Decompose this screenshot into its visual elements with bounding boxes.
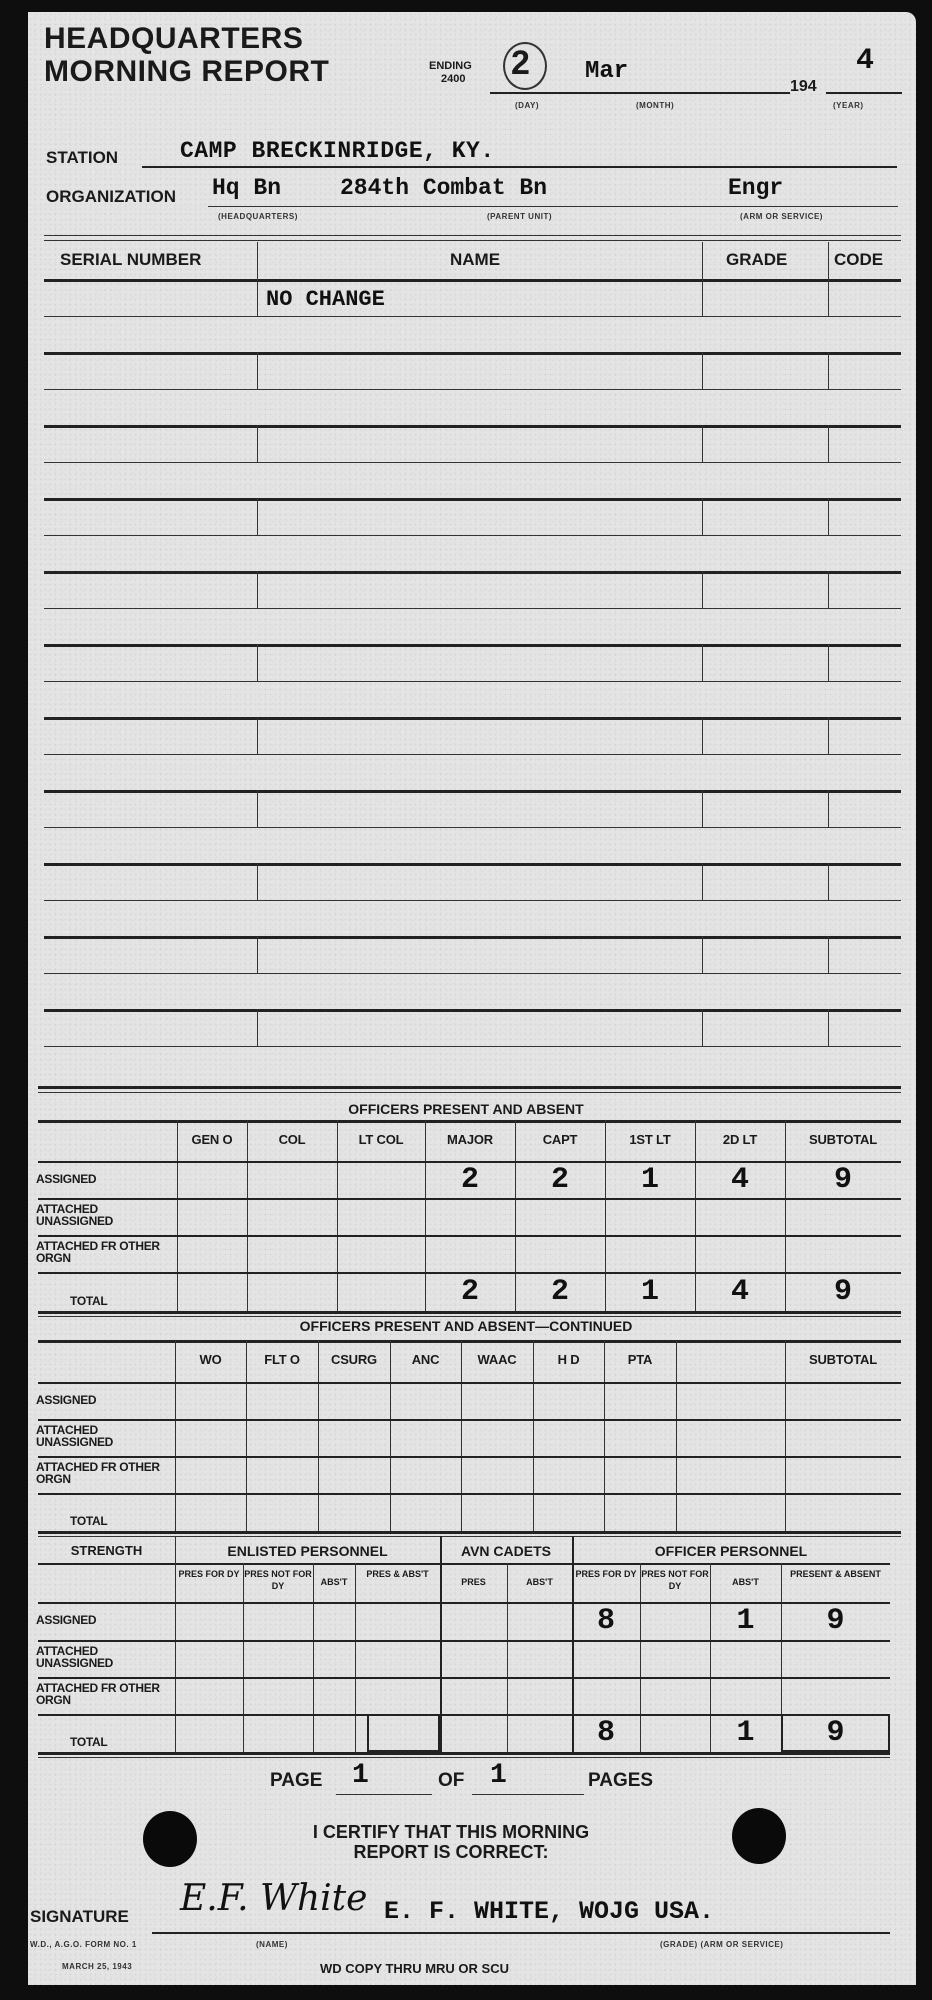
- cell-value: 4: [695, 1163, 785, 1197]
- col-divider: [257, 242, 258, 279]
- cell-value: 2: [425, 1163, 515, 1197]
- table-line: [38, 1752, 890, 1755]
- row-label: ATTACHED FR OTHER ORGN: [36, 1461, 173, 1485]
- cell-value: 1: [710, 1716, 781, 1750]
- col-divider: [828, 717, 829, 754]
- certification-line2: REPORT IS CORRECT:: [0, 1842, 902, 1862]
- roster-row-line: [44, 827, 901, 828]
- col-header: WO: [175, 1352, 246, 1367]
- col-header: PTA: [604, 1352, 676, 1367]
- sub-header: PRES FOR DY: [572, 1568, 640, 1580]
- col-divider: [257, 644, 258, 681]
- col-code: CODE: [834, 250, 883, 270]
- roster-row-line: [44, 717, 901, 720]
- page-label: PAGE: [270, 1770, 322, 1792]
- pages-label: PAGES: [588, 1770, 653, 1792]
- roster-row-line: [44, 644, 901, 647]
- cell-value: 4: [695, 1275, 785, 1309]
- cell-value: 9: [785, 1275, 901, 1309]
- col-divider: [257, 790, 258, 827]
- roster-row-line: [44, 425, 901, 428]
- col-header: WAAC: [461, 1352, 533, 1367]
- table-line: [38, 1757, 890, 1758]
- col-divider: [257, 1009, 258, 1046]
- group-header: ENLISTED PERSONNEL: [175, 1543, 440, 1559]
- cell-value: 1: [605, 1163, 695, 1197]
- table-line: [38, 1316, 901, 1317]
- col-header: CSURG: [318, 1352, 390, 1367]
- col-header: COL: [247, 1132, 337, 1147]
- total-box: [367, 1714, 440, 1752]
- col-divider: [257, 863, 258, 900]
- name-caption: (NAME): [256, 1940, 288, 1949]
- cell-value: 9: [781, 1716, 890, 1750]
- table-line: [38, 1640, 890, 1642]
- organization-parent-unit: 284th Combat Bn: [340, 175, 547, 201]
- col-divider: [702, 425, 703, 462]
- row-label: TOTAL: [70, 1295, 107, 1307]
- copy-note: WD COPY THRU MRU OR SCU: [320, 1961, 509, 1976]
- col-divider: [702, 498, 703, 535]
- headquarters-caption: (HEADQUARTERS): [218, 212, 298, 221]
- signature-label: SIGNATURE: [30, 1907, 129, 1927]
- table-line: [38, 1677, 890, 1679]
- col-divider: [828, 425, 829, 462]
- roster-row-line: [44, 790, 901, 793]
- col-divider: [390, 1340, 391, 1531]
- roster-row-line: [44, 608, 901, 609]
- grade-caption: (GRADE) (ARM OR SERVICE): [660, 1940, 783, 1949]
- col-divider: [828, 936, 829, 973]
- year-value: 4: [856, 44, 874, 78]
- table-line: [38, 1235, 901, 1237]
- of-label: OF: [438, 1770, 464, 1792]
- col-divider: [785, 1340, 786, 1531]
- organization-arm: Engr: [728, 175, 783, 201]
- col-divider: [355, 1563, 356, 1752]
- col-header: ANC: [390, 1352, 461, 1367]
- divider: [44, 235, 901, 236]
- sub-header: ABS'T: [507, 1576, 572, 1588]
- row-label: ATTACHED UNASSIGNED: [36, 1203, 175, 1227]
- sub-header: ABS'T: [710, 1576, 781, 1588]
- form-title-line2: MORNING REPORT: [44, 55, 329, 88]
- col-divider: [702, 352, 703, 389]
- col-divider: [702, 936, 703, 973]
- roster-row-line: [44, 316, 901, 317]
- organization-label: ORGANIZATION: [46, 187, 176, 207]
- col-divider: [440, 1536, 442, 1752]
- col-divider: [257, 498, 258, 535]
- col-divider: [828, 242, 829, 279]
- ending-text: ENDING: [429, 60, 472, 73]
- row-label: TOTAL: [70, 1515, 107, 1527]
- col-divider: [702, 863, 703, 900]
- ending-label: ENDING 2400: [429, 60, 472, 86]
- page-line: [336, 1794, 432, 1795]
- roster-row-line: [44, 462, 901, 463]
- col-divider: [828, 863, 829, 900]
- roster-entry-name: NO CHANGE: [266, 287, 385, 312]
- page-total: 1: [490, 1760, 507, 1791]
- sub-header: ABS'T: [313, 1576, 355, 1588]
- officers_table-title: OFFICERS PRESENT AND ABSENT: [0, 1101, 932, 1117]
- col-divider: [257, 571, 258, 608]
- col-divider: [828, 644, 829, 681]
- station-value: CAMP BRECKINRIDGE, KY.: [180, 138, 495, 164]
- col-divider: [702, 571, 703, 608]
- handwritten-signature: E.F. White: [180, 1878, 367, 1919]
- col-divider: [247, 1120, 248, 1311]
- month-value: Mar: [585, 58, 628, 85]
- roster-row-line: [44, 535, 901, 536]
- roster-row-line: [44, 1046, 901, 1047]
- col-header: SUBTOTAL: [785, 1352, 901, 1367]
- col-divider: [828, 1009, 829, 1046]
- cell-value: 2: [425, 1275, 515, 1309]
- col-name: NAME: [450, 250, 500, 270]
- table-line: [38, 1382, 901, 1384]
- group-header: OFFICER PERSONNEL: [572, 1543, 890, 1559]
- col-divider: [828, 790, 829, 827]
- cell-value: 1: [605, 1275, 695, 1309]
- form-number: W.D., A.G.O. FORM NO. 1: [30, 1940, 137, 1949]
- cell-value: 2: [515, 1163, 605, 1197]
- form-date: MARCH 25, 1943: [62, 1962, 132, 1971]
- row-label: TOTAL: [70, 1736, 107, 1748]
- col-divider: [257, 425, 258, 462]
- day-value: 2: [511, 44, 530, 83]
- parent-unit-caption: (PARENT UNIT): [487, 212, 552, 221]
- col-divider: [676, 1340, 677, 1531]
- row-label: ASSIGNED: [36, 1614, 96, 1626]
- table-line: [38, 1563, 890, 1565]
- col-header: GEN O: [177, 1132, 247, 1147]
- cell-value: 9: [781, 1604, 890, 1638]
- roster-row-line: [44, 498, 901, 501]
- col-divider: [702, 717, 703, 754]
- certification-text: I CERTIFY THAT THIS MORNING REPORT IS CO…: [0, 1822, 932, 1862]
- col-divider: [702, 242, 703, 279]
- col-header: LT COL: [337, 1132, 425, 1147]
- col-divider: [175, 1340, 176, 1531]
- row-label: ATTACHED FR OTHER ORGN: [36, 1240, 175, 1264]
- sub-header: PRES FOR DY: [175, 1568, 243, 1580]
- col-divider: [702, 790, 703, 827]
- col-divider: [507, 1563, 508, 1752]
- typed-name: E. F. WHITE, WOJG USA.: [384, 1897, 714, 1926]
- col-divider: [257, 352, 258, 389]
- table-line: [38, 1311, 901, 1314]
- table-line: [38, 1456, 901, 1458]
- col-header: 1ST LT: [605, 1132, 695, 1147]
- col-grade: GRADE: [726, 250, 787, 270]
- form-title: HEADQUARTERS MORNING REPORT: [44, 22, 329, 88]
- col-divider: [828, 352, 829, 389]
- col-header: SUBTOTAL: [785, 1132, 901, 1147]
- month-caption: (MONTH): [636, 101, 674, 110]
- roster-end-line: [38, 1086, 901, 1089]
- divider: [44, 240, 901, 241]
- officers_continued_table-title: OFFICERS PRESENT AND ABSENT—CONTINUED: [0, 1318, 932, 1334]
- col-divider: [257, 717, 258, 754]
- table-line: [38, 1531, 901, 1534]
- station-label: STATION: [46, 148, 118, 168]
- row-label: ATTACHED UNASSIGNED: [36, 1645, 173, 1669]
- roster-row-line: [44, 1009, 901, 1012]
- roster-row-line: [44, 936, 901, 939]
- table-line: [38, 1198, 901, 1200]
- sub-header: PRES NOT FOR DY: [243, 1568, 313, 1592]
- sub-header: PRES & ABS'T: [355, 1568, 440, 1580]
- table-line: [38, 1493, 901, 1495]
- col-header: H D: [533, 1352, 604, 1367]
- signature-line: [152, 1932, 890, 1934]
- cell-value: 1: [710, 1604, 781, 1638]
- col-header: 2D LT: [695, 1132, 785, 1147]
- col-header: FLT O: [246, 1352, 318, 1367]
- roster-row-line: [44, 352, 901, 355]
- col-divider: [246, 1340, 247, 1531]
- col-header: MAJOR: [425, 1132, 515, 1147]
- col-divider: [533, 1340, 534, 1531]
- col-divider: [337, 1120, 338, 1311]
- total-pages-line: [472, 1794, 584, 1795]
- organization-headquarters: Hq Bn: [212, 175, 281, 201]
- roster-row-line: [44, 754, 901, 755]
- roster-end-line: [38, 1092, 901, 1093]
- station-line: [142, 166, 897, 168]
- col-divider: [828, 498, 829, 535]
- col-divider: [702, 1009, 703, 1046]
- col-divider: [702, 279, 703, 316]
- cell-value: 2: [515, 1275, 605, 1309]
- table-line: [38, 1120, 901, 1123]
- col-divider: [828, 279, 829, 316]
- col-divider: [828, 571, 829, 608]
- table-line: [38, 1340, 901, 1343]
- page-number: 1: [352, 1760, 369, 1791]
- sub-header: PRESENT & ABSENT: [781, 1568, 890, 1580]
- group-header: AVN CADETS: [440, 1543, 572, 1559]
- col-divider: [257, 279, 258, 316]
- col-header: CAPT: [515, 1132, 605, 1147]
- organization-line: [208, 206, 898, 207]
- certification-line1: I CERTIFY THAT THIS MORNING: [0, 1822, 902, 1842]
- date-line: [490, 92, 790, 94]
- sub-header: PRES NOT FOR DY: [640, 1568, 710, 1592]
- arm-caption: (ARM OR SERVICE): [740, 212, 823, 221]
- table-line: [38, 1419, 901, 1421]
- roster-row-line: [44, 973, 901, 974]
- table-line: [38, 1536, 901, 1537]
- roster-row-line: [44, 900, 901, 901]
- roster-row-line: [44, 571, 901, 574]
- day-caption: (DAY): [515, 101, 539, 110]
- col-divider: [313, 1563, 314, 1752]
- roster-row-line: [44, 389, 901, 390]
- sub-header: PRES: [440, 1576, 507, 1588]
- col-serial-number: SERIAL NUMBER: [60, 250, 201, 270]
- row-label: ASSIGNED: [36, 1173, 96, 1185]
- roster-row-line: [44, 863, 901, 866]
- cell-value: 9: [785, 1163, 901, 1197]
- col-divider: [461, 1340, 462, 1531]
- ending-time: 2400: [429, 73, 472, 86]
- row-label: ATTACHED UNASSIGNED: [36, 1424, 173, 1448]
- year-prefix: 194: [790, 78, 817, 96]
- year-line: [826, 92, 902, 94]
- col-divider: [604, 1340, 605, 1531]
- col-divider: [257, 936, 258, 973]
- form-title-line1: HEADQUARTERS: [44, 22, 329, 55]
- cell-value: 8: [572, 1716, 640, 1750]
- year-caption: (YEAR): [833, 101, 864, 110]
- strength-stub-header: STRENGTH: [38, 1543, 175, 1558]
- roster-row-line: [44, 681, 901, 682]
- col-divider: [702, 644, 703, 681]
- roster-header-line: [44, 279, 901, 282]
- col-divider: [177, 1120, 178, 1311]
- row-label: ASSIGNED: [36, 1394, 96, 1406]
- row-label: ATTACHED FR OTHER ORGN: [36, 1682, 173, 1706]
- cell-value: 8: [572, 1604, 640, 1638]
- col-divider: [318, 1340, 319, 1531]
